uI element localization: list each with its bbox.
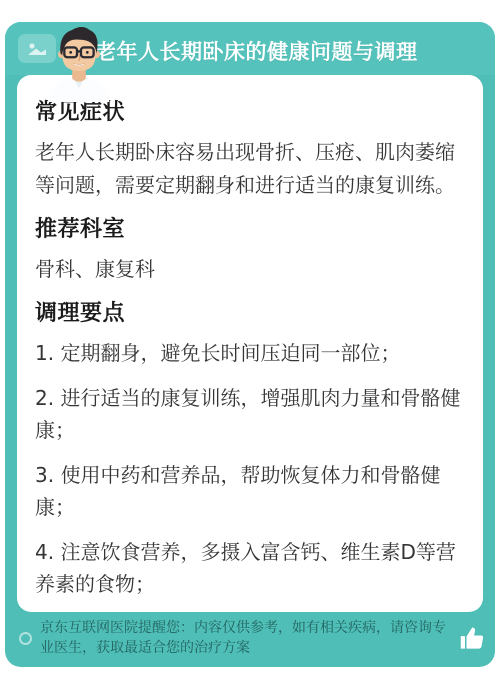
health-info-card: 老年人长期卧床的健康问题与调理 [5, 22, 495, 667]
care-item-1: 1. 定期翻身，避免长时间压迫同一部位； [35, 337, 467, 369]
footer-disclaimer-bar: 京东互联网医院提醒您：内容仅供参考，如有相关疾病，请咨询专业医生，获取最适合您的… [5, 612, 495, 667]
symptoms-text: 老年人长期卧床容易出现骨折、压疮、肌肉萎缩等问题，需要定期翻身和进行适当的康复训… [35, 136, 467, 202]
disclaimer-text: 京东互联网医院提醒您：内容仅供参考，如有相关疾病，请咨询专业医生，获取最适合您的… [40, 618, 453, 658]
doctor-avatar-illustration [35, 24, 123, 102]
care-heading: 调理要点 [35, 296, 467, 327]
care-item-4: 4. 注意饮食营养，多摄入富含钙、维生素D等营养素的食物； [35, 536, 467, 600]
thumbs-up-icon[interactable] [457, 623, 487, 653]
care-item-3: 3. 使用中药和营养品，帮助恢复体力和骨骼健康； [35, 459, 467, 523]
care-item-2: 2. 进行适当的康复训练，增强肌肉力量和骨骼健康； [35, 382, 467, 446]
department-heading: 推荐科室 [35, 212, 467, 243]
department-text: 骨科、康复科 [35, 253, 467, 286]
content-card: 常见症状 老年人长期卧床容易出现骨折、压疮、肌肉萎缩等问题，需要定期翻身和进行适… [17, 75, 483, 612]
circle-marker-icon [19, 632, 32, 645]
page-title: 老年人长期卧床的健康问题与调理 [95, 36, 425, 66]
doctor-avatar [35, 24, 123, 100]
